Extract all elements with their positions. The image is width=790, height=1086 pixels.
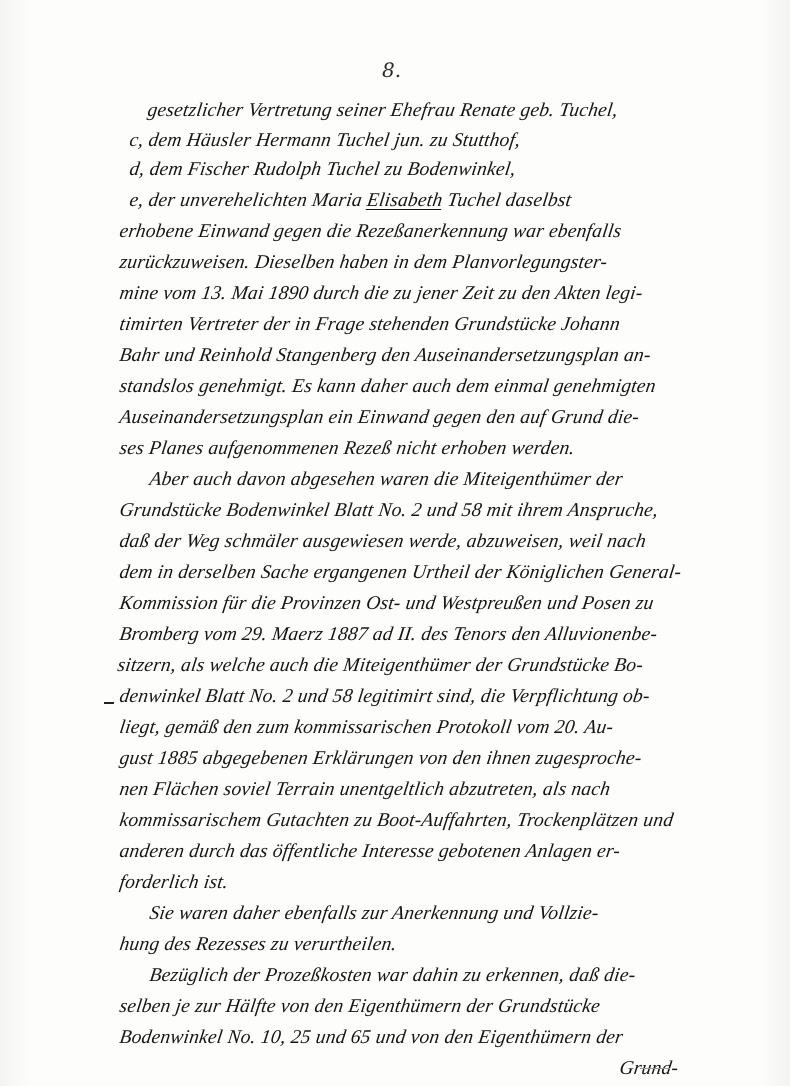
text-line: gust 1885 abgegebenen Erklärungen von de… xyxy=(118,748,643,770)
text-line: sitzern, als welche auch die Miteigenthü… xyxy=(116,655,645,677)
text-line: Aber auch davon abgesehen waren die Mite… xyxy=(148,469,624,491)
text-line: dem in derselben Sache ergangenen Urthei… xyxy=(118,562,683,584)
text-line: Sie waren daher ebenfalls zur Anerkennun… xyxy=(148,903,600,925)
text-line: forderlich ist. xyxy=(118,872,230,894)
catchword-underline xyxy=(640,1068,670,1069)
margin-hyphen-mark xyxy=(104,702,114,704)
text-line: liegt, gemäß den zum kommissarischen Pro… xyxy=(118,717,615,739)
document-page: 8. gesetzlicher Vertretung seiner Ehefra… xyxy=(0,0,790,1086)
text-line: anderen durch das öffentliche Interesse … xyxy=(118,841,622,863)
text-line: c, dem Häusler Hermann Tuchel jun. zu St… xyxy=(128,130,522,152)
text-line: d, dem Fischer Rudolph Tuchel zu Bodenwi… xyxy=(128,159,517,181)
text-line: selben je zur Hälfte von den Eigenthümer… xyxy=(118,996,601,1018)
text-line: daß der Weg schmäler ausgewiesen werde, … xyxy=(118,531,647,553)
page-number: 8. xyxy=(382,58,401,82)
text-line: Bahr und Reinhold Stangenberg den Ausein… xyxy=(118,345,652,367)
text-line: timirten Vertreter der in Frage stehende… xyxy=(118,314,621,336)
text-line: hung des Rezesses zu verurtheilen. xyxy=(118,934,398,956)
text-line: Bodenwinkel No. 10, 25 und 65 und von de… xyxy=(118,1027,624,1049)
text-line: kommissarischem Gutachten zu Boot-Auffah… xyxy=(118,810,675,832)
text-line: Kommission für die Provinzen Ost- und We… xyxy=(118,593,655,615)
text-line: erhobene Einwand gegen die Rezeßanerkenn… xyxy=(118,221,623,243)
text-line: Bezüglich der Prozeßkosten war dahin zu … xyxy=(148,965,637,987)
underlined-name: Elisabeth xyxy=(366,190,444,211)
text-line: gesetzlicher Vertretung seiner Ehefrau R… xyxy=(146,100,619,122)
text-line: denwinkel Blatt No. 2 und 58 legitimirt … xyxy=(118,686,651,708)
text-line: mine vom 13. Mai 1890 durch die zu jener… xyxy=(118,283,644,305)
text-line: Auseinandersetzungsplan ein Einwand gege… xyxy=(118,407,641,429)
text-line: Grund- xyxy=(618,1058,680,1080)
text-line: ses Planes aufgenommenen Rezeß nicht erh… xyxy=(118,438,576,460)
text-line: standslos genehmigt. Es kann daher auch … xyxy=(118,376,657,398)
text-segment: Tuchel daselbst xyxy=(441,190,573,211)
text-line: e, der unverehelichten Maria Elisabeth T… xyxy=(128,190,573,212)
text-line: Grundstücke Bodenwinkel Blatt No. 2 und … xyxy=(118,500,660,522)
text-line: zurückzuweisen. Dieselben haben in dem P… xyxy=(118,252,609,274)
text-line: nen Flächen soviel Terrain unentgeltlich… xyxy=(118,779,612,801)
text-segment: e, der unverehelichten Maria xyxy=(128,190,368,211)
text-line: Bromberg vom 29. Maerz 1887 ad II. des T… xyxy=(118,624,659,646)
